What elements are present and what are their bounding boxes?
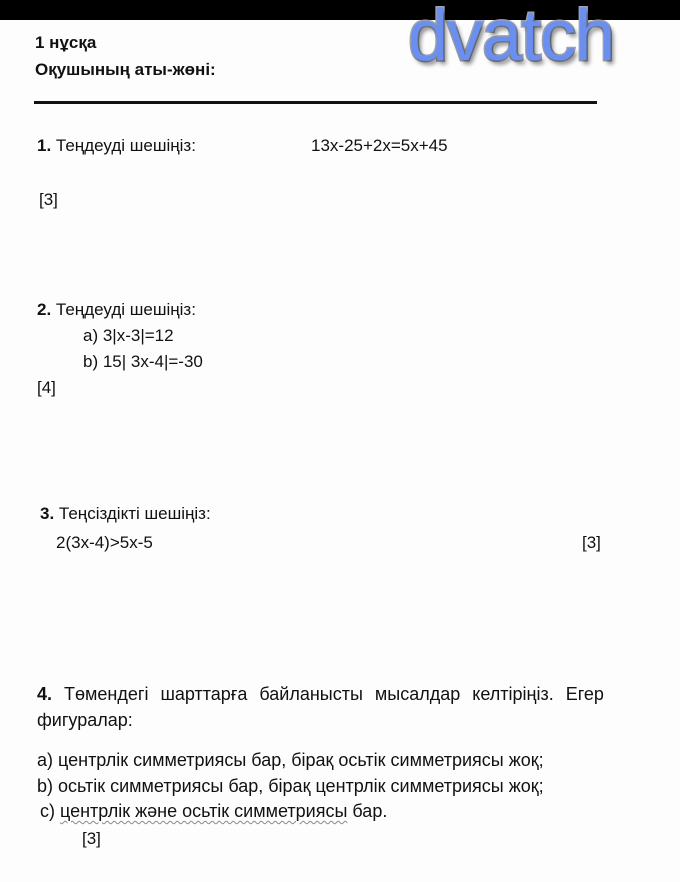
question-2-item-b: b) 15| 3x-4|=-30 <box>83 352 203 372</box>
student-name-label: Оқушының аты-жөні: <box>35 60 216 80</box>
question-3-number: 3. <box>40 504 54 523</box>
question-4-points: [3] <box>82 829 101 849</box>
question-2-title: Теңдеуді шешіңіз: <box>56 300 196 319</box>
name-line <box>34 101 597 104</box>
question-3-title: Теңсіздікті шешіңіз: <box>59 504 211 523</box>
question-1-points: [3] <box>39 190 58 210</box>
watermark-logo: dvatch <box>408 0 614 72</box>
question-4-item-b: b) осьтік симметриясы бар, бірақ центрлі… <box>37 776 544 797</box>
variant-label: 1 нұсқа <box>35 33 96 53</box>
question-2-number: 2. <box>37 300 51 319</box>
question-4-item-c: c) центрлік жəне осьтік симметриясы бар. <box>40 801 387 822</box>
question-4-number: 4. <box>37 684 52 704</box>
question-4-title-line2: фигуралар: <box>37 710 133 731</box>
question-3-expression: 2(3x-4)>5x-5 <box>56 533 153 553</box>
question-3-heading: 3. Теңсіздікті шешіңіз: <box>40 504 211 524</box>
question-1-heading: 1. Теңдеуді шешіңіз: <box>37 136 196 156</box>
question-4-heading: 4. Төмендегі шарттарға байланысты мысалд… <box>37 684 604 705</box>
question-4-item-c-underlined: центрлік жəне осьтік симметриясы <box>60 801 347 821</box>
question-1-expression: 13x-25+2x=5x+45 <box>311 136 448 156</box>
question-1-title: Теңдеуді шешіңіз: <box>56 136 196 155</box>
question-1-number: 1. <box>37 136 51 155</box>
question-4-item-c-suffix: бар. <box>347 801 387 821</box>
question-3-points: [3] <box>582 533 601 553</box>
question-2-points: [4] <box>37 378 56 398</box>
question-2-item-a: a) 3|x-3|=12 <box>83 326 174 346</box>
question-2-heading: 2. Теңдеуді шешіңіз: <box>37 300 196 320</box>
question-4-item-a: a) центрлік симметриясы бар, бірақ осьті… <box>37 750 544 771</box>
question-4-item-c-prefix: c) <box>40 801 60 821</box>
question-4-title-line1: Төмендегі шарттарға байланысты мысалдар … <box>64 684 604 704</box>
